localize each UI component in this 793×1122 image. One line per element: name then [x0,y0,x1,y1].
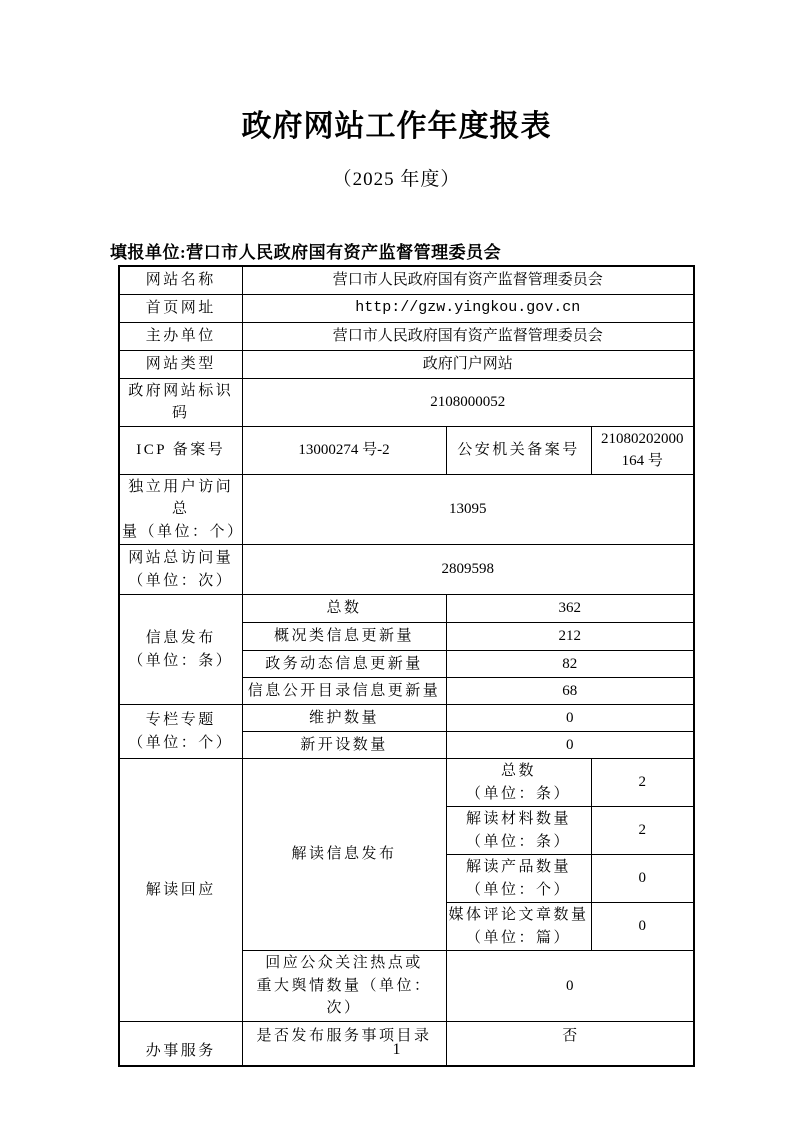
icp-label: ICP 备案号 [119,426,242,474]
total-visits-label: 网站总访问量 （单位：次） [119,545,242,595]
interpretation-publish-label: 解读信息发布 [242,759,446,951]
unique-visitors-value: 13095 [242,474,694,545]
interpretation-item-label: 总数 （单位：条） [446,759,591,807]
table-row: 网站总访问量 （单位：次） 2809598 [119,545,694,595]
table-row: 独立用户访问总 量（单位：个） 13095 [119,474,694,545]
info-publish-item-value: 362 [446,595,694,623]
police-record-label: 公安机关备案号 [446,426,591,474]
organizer-label: 主办单位 [119,322,242,350]
special-columns-label: 专栏专题 （单位：个） [119,705,242,759]
interpretation-item-label: 解读产品数量 （单位：个） [446,855,591,903]
interpretation-item-label: 解读材料数量 （单位：条） [446,807,591,855]
table-row: 政府网站标识码 2108000052 [119,378,694,426]
report-page: 政府网站工作年度报表 （2025 年度） 填报单位:营口市人民政府国有资产监督管… [0,0,793,1122]
reporting-unit-line: 填报单位:营口市人民政府国有资产监督管理委员会 [110,238,501,263]
info-publish-item-label: 政务动态信息更新量 [242,651,446,678]
interpretation-label: 解读回应 [119,759,242,1022]
table-row: ICP 备案号 13000274 号-2 公安机关备案号 21080202000… [119,426,694,474]
icp-value: 13000274 号-2 [242,426,446,474]
homepage-url-value: http://gzw.yingkou.gov.cn [242,294,694,322]
site-name-label: 网站名称 [119,266,242,294]
annual-report-table: 网站名称 营口市人民政府国有资产监督管理委员会 首页网址 http://gzw.… [118,265,695,1067]
special-columns-item-value: 0 [446,732,694,759]
interpretation-item-value: 2 [591,807,694,855]
site-code-label: 政府网站标识码 [119,378,242,426]
site-name-value: 营口市人民政府国有资产监督管理委员会 [242,266,694,294]
table-row: 主办单位 营口市人民政府国有资产监督管理委员会 [119,322,694,350]
table-row: 信息发布 （单位：条） 总数 362 [119,595,694,623]
interpretation-item-value: 2 [591,759,694,807]
page-title: 政府网站工作年度报表 [0,101,793,145]
interpretation-item-label: 媒体评论文章数量 （单位：篇） [446,903,591,951]
unique-visitors-label: 独立用户访问总 量（单位：个） [119,474,242,545]
special-columns-item-label: 新开设数量 [242,732,446,759]
organizer-value: 营口市人民政府国有资产监督管理委员会 [242,322,694,350]
police-record-value: 21080202000 164 号 [591,426,694,474]
interpretation-item-value: 0 [591,903,694,951]
info-publish-label: 信息发布 （单位：条） [119,595,242,705]
table-row: 网站类型 政府门户网站 [119,350,694,378]
hotspot-response-label: 回应公众关注热点或 重大舆情数量（单位： 次） [242,951,446,1022]
info-publish-item-label: 信息公开目录信息更新量 [242,678,446,705]
special-columns-item-value: 0 [446,705,694,732]
table-row: 首页网址 http://gzw.yingkou.gov.cn [119,294,694,322]
info-publish-item-value: 82 [446,651,694,678]
info-publish-item-value: 68 [446,678,694,705]
info-publish-item-label: 概况类信息更新量 [242,623,446,651]
table-row: 专栏专题 （单位：个） 维护数量 0 [119,705,694,732]
homepage-url-label: 首页网址 [119,294,242,322]
interpretation-item-value: 0 [591,855,694,903]
site-code-value: 2108000052 [242,378,694,426]
total-visits-value: 2809598 [242,545,694,595]
page-number: 1 [0,1041,793,1059]
info-publish-item-label: 总数 [242,595,446,623]
hotspot-response-value: 0 [446,951,694,1022]
info-publish-item-value: 212 [446,623,694,651]
site-type-label: 网站类型 [119,350,242,378]
table-row: 解读回应 解读信息发布 总数 （单位：条） 2 [119,759,694,807]
site-type-value: 政府门户网站 [242,350,694,378]
table-row: 网站名称 营口市人民政府国有资产监督管理委员会 [119,266,694,294]
page-subtitle: （2025 年度） [0,164,793,191]
special-columns-item-label: 维护数量 [242,705,446,732]
